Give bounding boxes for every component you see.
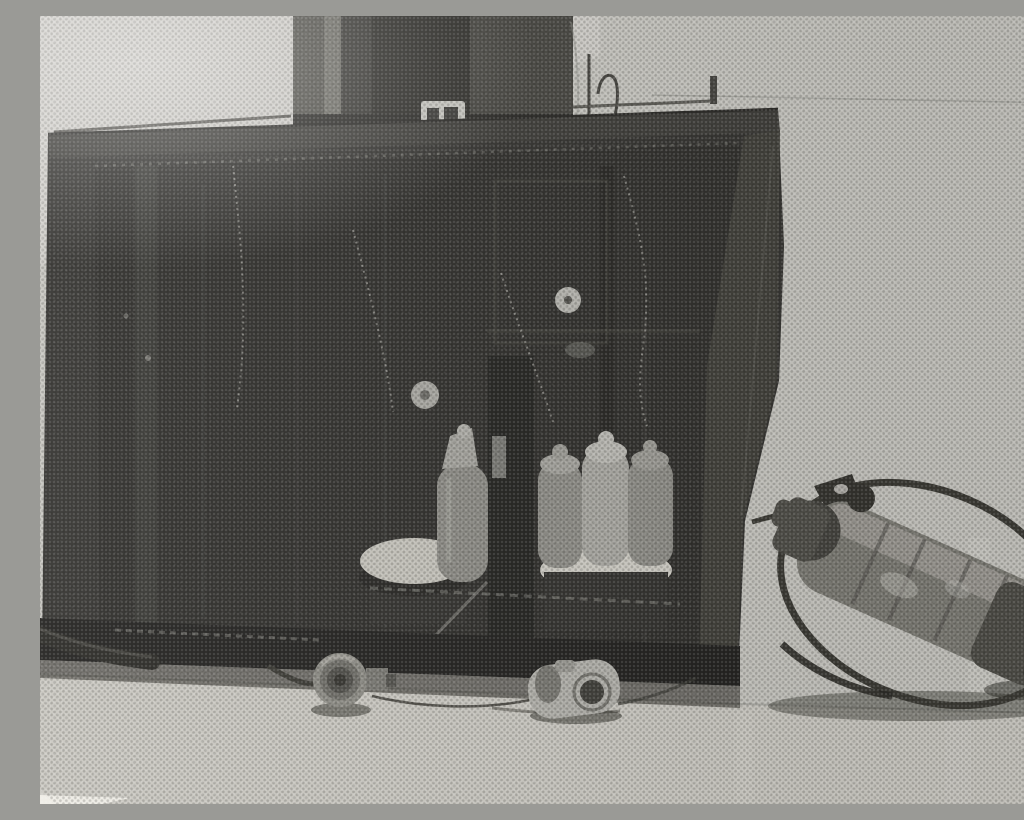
reflection-speck bbox=[145, 355, 151, 361]
tube-nipple bbox=[457, 424, 471, 438]
vacuum-tube bbox=[582, 448, 629, 566]
mesh-cage bbox=[40, 109, 784, 708]
halftone-photograph: Black-and-white halftone print photograp… bbox=[40, 16, 1024, 804]
vacuum-tube bbox=[437, 464, 488, 582]
pump-notch bbox=[555, 660, 575, 672]
floor-streak bbox=[945, 716, 971, 804]
bright-nub bbox=[492, 436, 506, 478]
reflection-speck bbox=[124, 314, 129, 319]
knob-tab bbox=[366, 668, 388, 690]
tube-nipple bbox=[598, 431, 614, 447]
reflection-speck bbox=[565, 342, 595, 358]
dial-lamp-core bbox=[564, 296, 572, 304]
stovepipe-highlight-strip bbox=[324, 16, 341, 126]
vacuum-tube bbox=[628, 458, 673, 566]
right-can-body bbox=[544, 572, 668, 630]
vacuum-tube bbox=[538, 462, 582, 568]
knob-tab-end bbox=[386, 674, 396, 687]
label-mark bbox=[427, 108, 439, 121]
knob-core bbox=[334, 674, 346, 686]
connector-speck bbox=[834, 484, 848, 494]
tube-nipple bbox=[643, 440, 657, 454]
inner-post bbox=[135, 166, 157, 634]
floor-streak bbox=[735, 711, 753, 804]
photo-canvas bbox=[40, 16, 1024, 804]
tube-nipple bbox=[552, 444, 568, 460]
dial-lamp-core bbox=[420, 390, 430, 400]
pump-hole bbox=[580, 680, 604, 704]
